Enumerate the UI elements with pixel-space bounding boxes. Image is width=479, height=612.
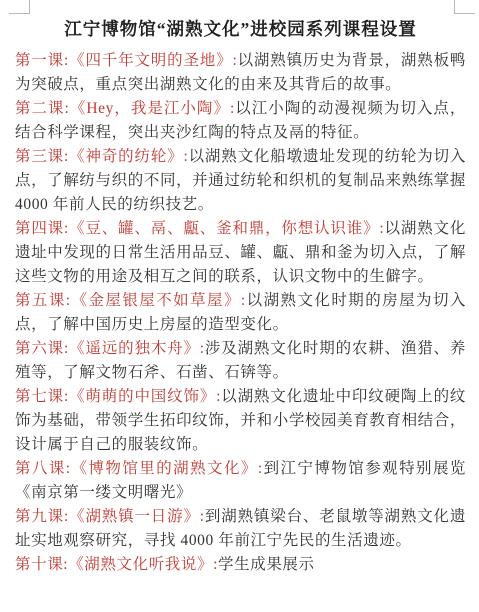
document-page: 江宁博物馆“湖熟文化”进校园系列课程设置 第一课:《四千年文明的圣地》:以湖熟镇… xyxy=(0,0,479,612)
text-boundary-mark-left xyxy=(9,0,30,14)
course-paragraph: 第三课:《神奇的纺轮》:以湖熟文化船墩遗址发现的纺轮为切入点，了解纺与织的不同，… xyxy=(15,145,466,217)
course-paragraph: 第二课:《Hey，我是江小陶》:以江小陶的动漫视频为切入点，结合科学课程，突出夹… xyxy=(15,97,466,145)
course-heading: 第八课:《博物馆里的湖熟文化》: xyxy=(15,460,263,477)
course-heading: 第七课:《萌萌的中国纹饰》: xyxy=(15,388,221,405)
course-paragraph: 第一课:《四千年文明的圣地》:以湖熟镇历史为背景，湖熟板鸭为突破点，重点突出湖熟… xyxy=(15,49,466,97)
course-heading: 第四课:《豆、罐、鬲、甗、釜和鼎，你想认识谁》: xyxy=(15,220,384,237)
page-title: 江宁博物馆“湖熟文化”进校园系列课程设置 xyxy=(15,16,466,42)
course-paragraph: 第十课:《湖熟文化听我说》:学生成果展示 xyxy=(15,553,466,577)
course-description: 学生成果展示 xyxy=(218,556,315,573)
course-heading: 第六课:《遥远的独木舟》: xyxy=(15,340,205,357)
course-paragraph: 第六课:《遥远的独木舟》:涉及湖熟文化时期的农耕、渔猎、养殖等，了解文物石斧、石… xyxy=(15,337,466,385)
course-heading: 第十课:《湖熟文化听我说》: xyxy=(15,556,218,573)
course-heading: 第一课:《四千年文明的圣地》: xyxy=(15,52,237,69)
course-paragraph: 第八课:《博物馆里的湖熟文化》:到江宁博物馆参观特别展览《南京第一缕文明曙光》 xyxy=(15,457,466,505)
course-list: 第一课:《四千年文明的圣地》:以湖熟镇历史为背景，湖熟板鸭为突破点，重点突出湖熟… xyxy=(15,49,466,577)
course-paragraph: 第七课:《萌萌的中国纹饰》:以湖熟文化遗址中印纹硬陶上的纹饰为基础，带领学生拓印… xyxy=(15,385,466,457)
course-heading: 第九课:《湖熟镇一日游》: xyxy=(15,508,205,525)
course-paragraph: 第五课:《金屋银屋不如草屋》:以湖熟文化时期的房屋为切入点，了解中国历史上房屋的… xyxy=(15,289,466,337)
course-paragraph: 第九课:《湖熟镇一日游》:到湖熟镇梁台、老鼠墩等湖熟文化遗址实地观察研究，寻找 … xyxy=(15,505,466,553)
course-heading: 第五课:《金屋银屋不如草屋》: xyxy=(15,292,246,309)
course-heading: 第二课:《Hey，我是江小陶》: xyxy=(15,100,235,117)
text-boundary-mark-right xyxy=(454,0,475,14)
course-paragraph: 第四课:《豆、罐、鬲、甗、釜和鼎，你想认识谁》:以湖熟文化遗址中发现的日常生活用… xyxy=(15,217,466,289)
course-heading: 第三课:《神奇的纺轮》: xyxy=(15,148,188,165)
